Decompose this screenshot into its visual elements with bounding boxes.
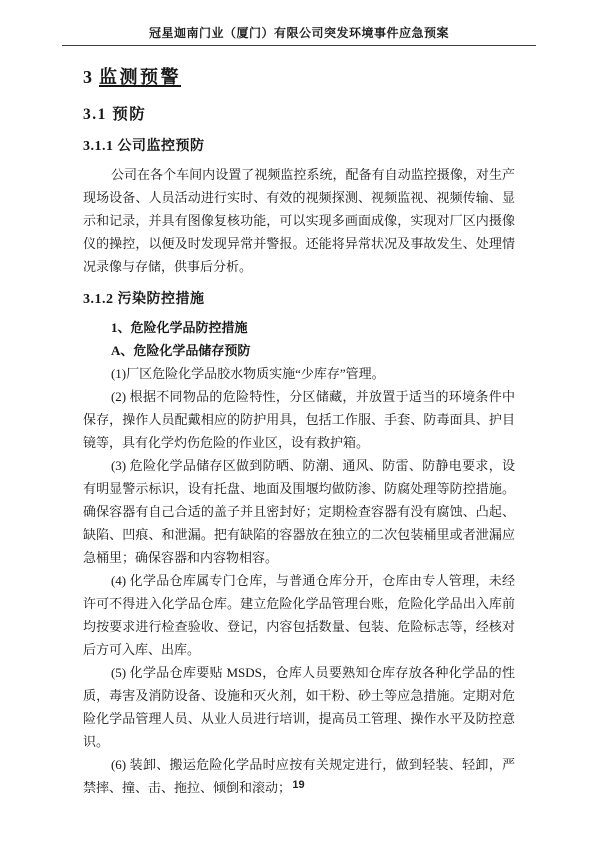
heading-section-3-title: 监测预警 [99,67,181,87]
heading-section-3: 3监测预警 [83,66,515,88]
paragraph-company-monitoring: 公司在各个车间内设置了视频监控系统，配备有自动监控摄像，对生产现场设备、人员活动… [83,163,515,278]
heading-section-3-1: 3.1 预防 [83,105,515,125]
heading-section-3-number: 3 [83,67,92,87]
header-title: 冠星迦南门业（厦门）有限公司突发环境事件应急预案 [149,26,449,40]
paragraph-item-5: (5) 化学品仓库要贴 MSDS，仓库人员要熟知仓库存放各种化学品的性质，毒害及… [83,661,515,753]
paragraph-item-3: (3) 危险化学品储存区做到防晒、防潮、通风、防雷、防静电要求，设有明显警示标识… [83,454,515,569]
document-page: 冠星迦南门业（厦门）有限公司突发环境事件应急预案 3监测预警 3.1 预防 3.… [0,0,597,843]
subheading-hazchem-storage-prevention: A、危险化学品储存预防 [83,339,515,362]
paragraph-item-4: (4) 化学品仓库属专门仓库，与普通仓库分开，仓库由专人管理，未经许可不得进入化… [83,569,515,661]
page-header: 冠星迦南门业（厦门）有限公司突发环境事件应急预案 [62,26,536,46]
page-number: 19 [0,779,597,791]
paragraph-item-6: (6) 装卸、搬运危险化学品时应按有关规定进行，做到轻装、轻卸，严禁摔、撞、击、… [83,753,515,799]
heading-section-3-1-1: 3.1.1 公司监控预防 [83,138,515,156]
paragraph-item-1: (1)厂区危险化学品胶水物质实施“少库存”管理。 [83,362,515,385]
subheading-hazchem-control-measures: 1、危险化学品防控措施 [83,316,515,339]
paragraph-item-2: (2) 根据不同物品的危险特性，分区储藏，并放置于适当的环境条件中保存，操作人员… [83,385,515,454]
heading-section-3-1-2: 3.1.2 污染防控措施 [83,291,515,309]
